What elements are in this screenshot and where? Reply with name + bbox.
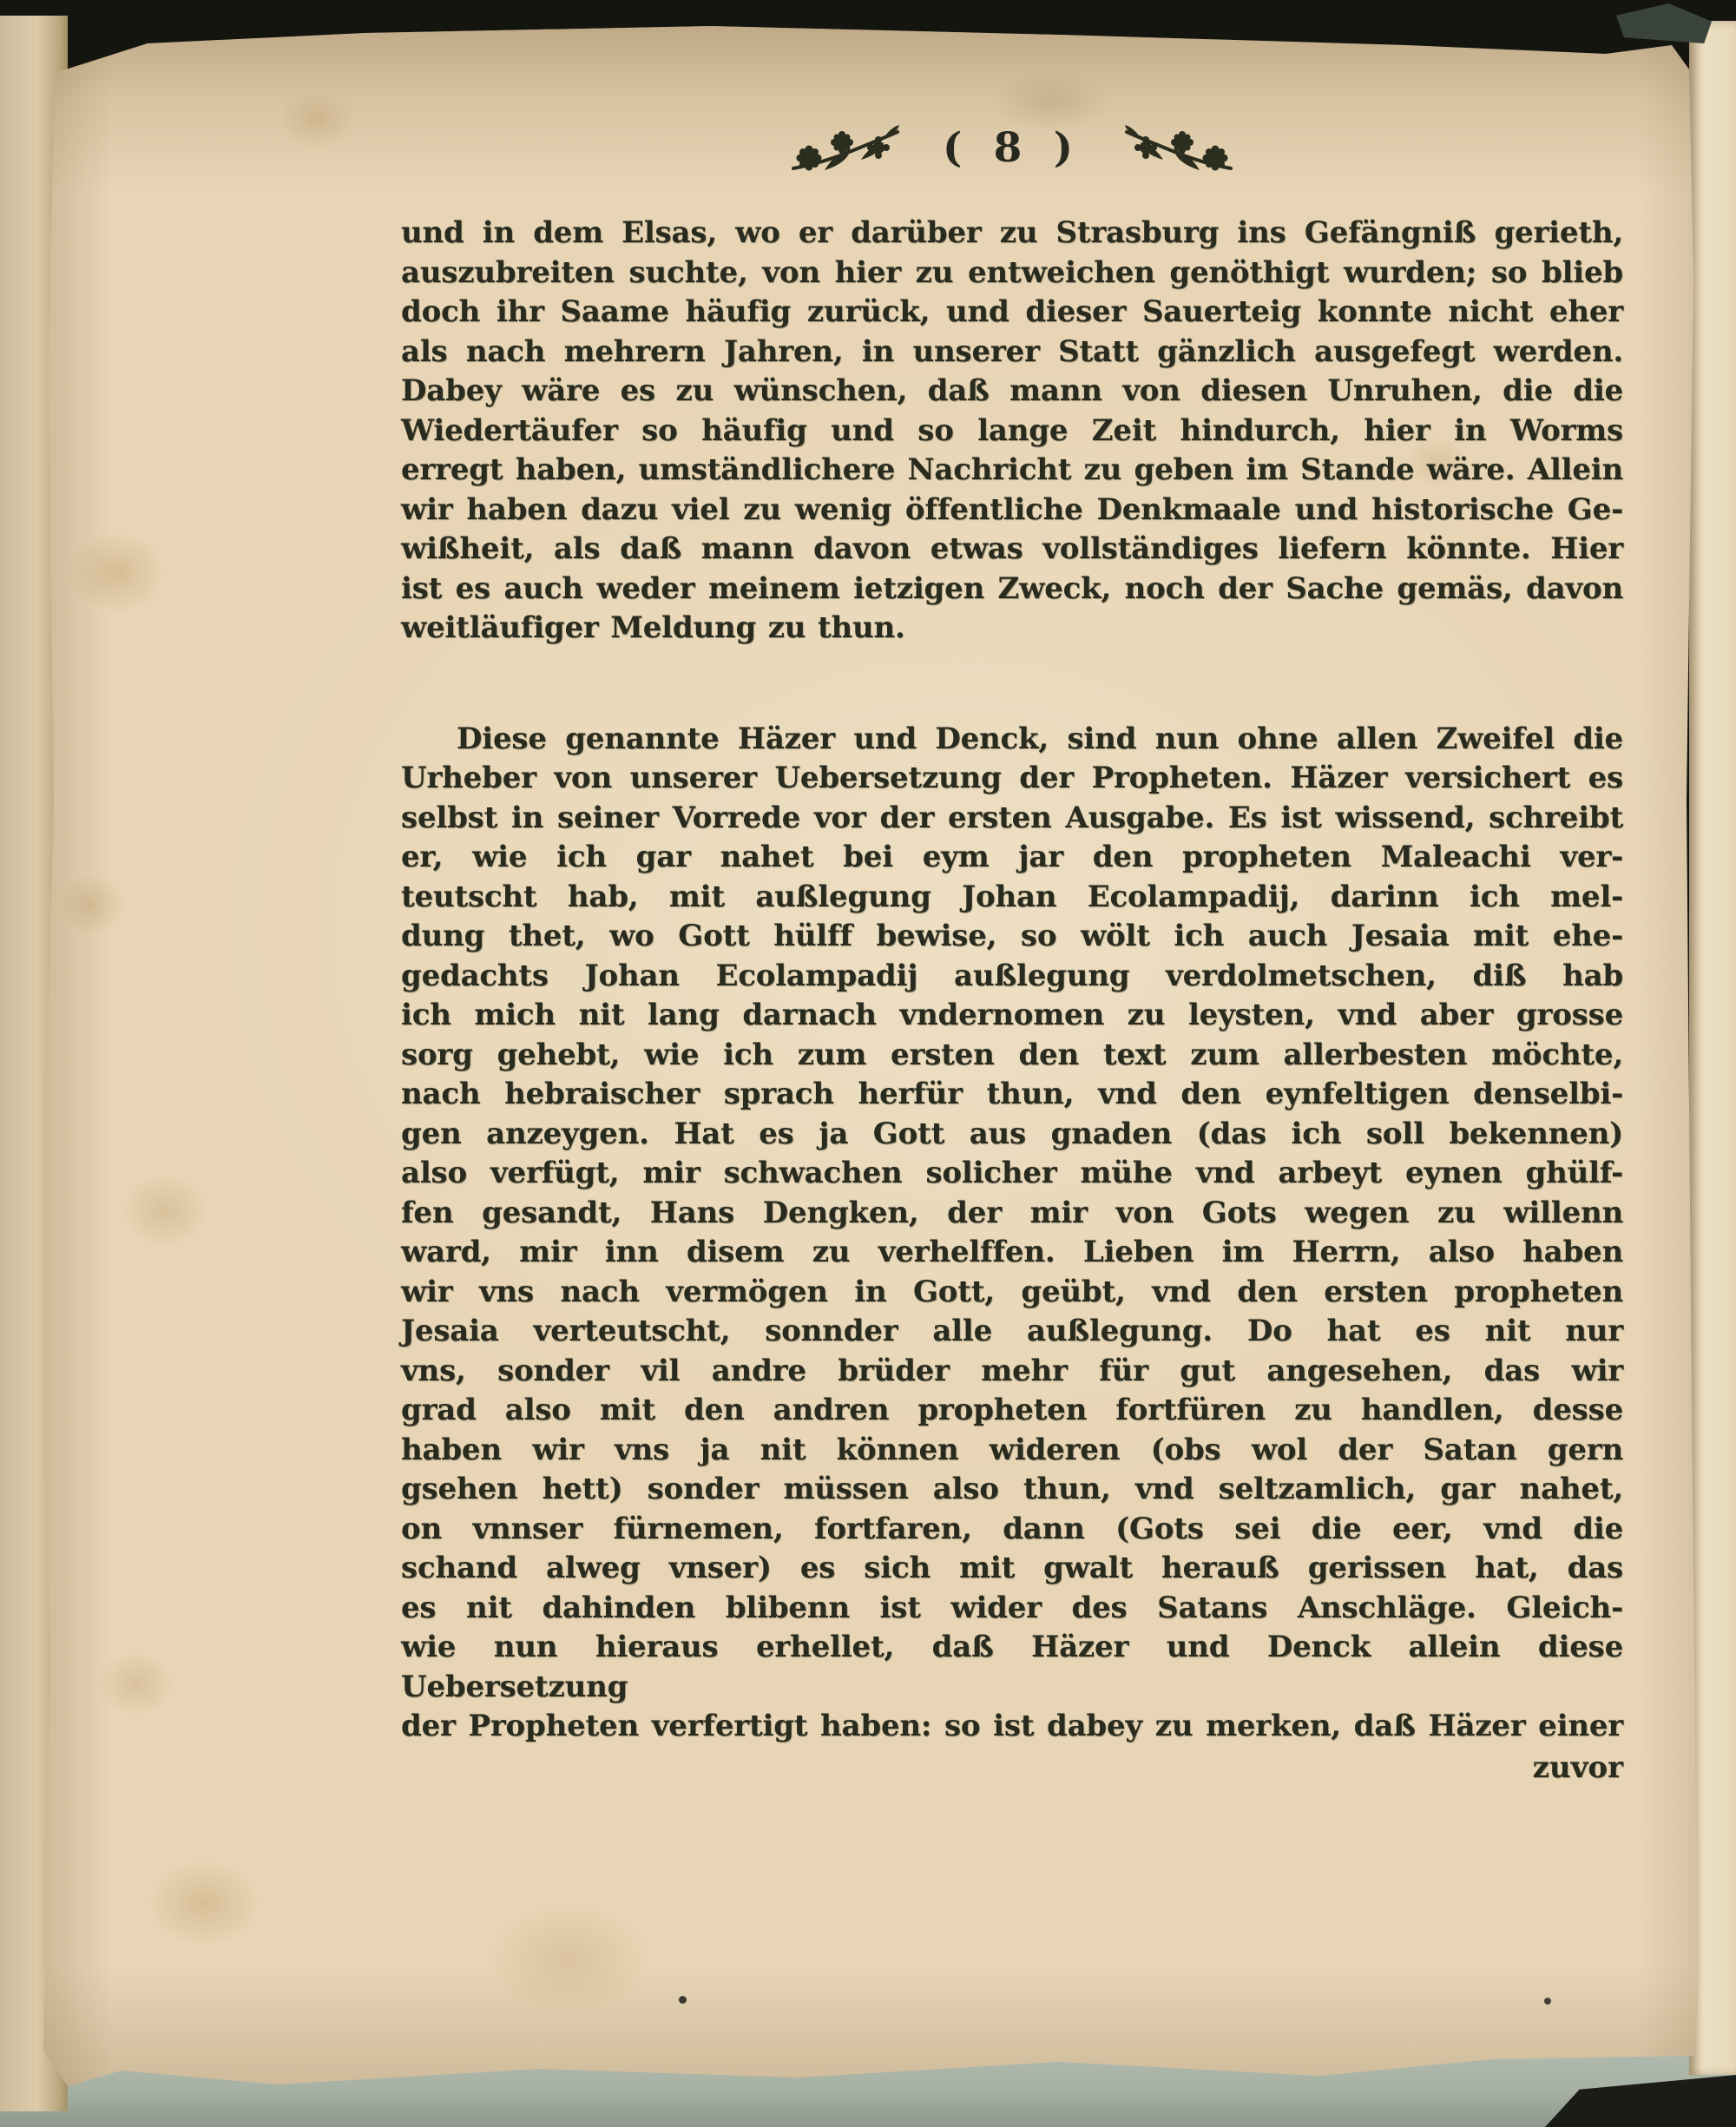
text-line: wißheit, als daß mann davon etwas vollst…	[401, 530, 1623, 570]
paragraph: Diese genannte Häzer und Denck, sind nun…	[401, 720, 1623, 1747]
text-line: haben wir vns ja nit können wideren (obs…	[401, 1431, 1623, 1471]
text-line: wir vns nach vermögen in Gott, geübt, vn…	[401, 1273, 1623, 1313]
running-head: ( 8 )	[401, 111, 1623, 188]
text-line: on vnnser fürnemen, fortfaren, dann (Got…	[401, 1510, 1623, 1550]
binding-shadow-notch	[1616, 3, 1712, 43]
text-line: nach hebraischer sprach herfür thun, vnd…	[401, 1075, 1623, 1115]
page-number: ( 8 )	[943, 124, 1082, 172]
text-line: Urheber von unserer Uebersetzung der Pro…	[401, 759, 1623, 799]
text-line: ward, mir inn disem zu verhelffen. Liebe…	[401, 1233, 1623, 1273]
paragraph: und in dem Elsas, wo er darüber zu Stras…	[401, 214, 1623, 649]
text-line: grad also mit den andren propheten fortf…	[401, 1391, 1623, 1431]
text-line: wie nun hieraus erhellet, daß Häzer und …	[401, 1628, 1623, 1707]
foxing-stain	[486, 1903, 651, 2016]
catchword: zuvor	[401, 1748, 1623, 1788]
adjacent-page-edge	[1689, 21, 1736, 2075]
text-line: gedachts Johan Ecolampadij außlegung ver…	[401, 957, 1623, 997]
text-line: dung thet, wo Gott hülff bewise, so wölt…	[401, 917, 1623, 957]
text-line: selbst in seiner Vorrede vor der ersten …	[401, 799, 1623, 839]
text-line: schand alweg vnser) es sich mit gwalt he…	[401, 1549, 1623, 1589]
text-line: doch ihr Saame häufig zurück, und dieser…	[401, 293, 1623, 333]
foxing-stain	[56, 874, 126, 935]
foxing-stain	[69, 531, 165, 614]
floral-ornament-icon	[1121, 122, 1236, 177]
foxing-stain	[100, 1651, 174, 1716]
text-line: er, wie ich gar nahet bei eym jar den pr…	[401, 838, 1623, 878]
text-line: der Propheten verfertigt haben: so ist d…	[401, 1707, 1623, 1747]
text-line: ist es auch weder meinem ietzigen Zweck,…	[401, 570, 1623, 609]
text-line: also verfügt, mir schwachen solicher müh…	[401, 1154, 1623, 1194]
text-block: ( 8 )	[401, 111, 1623, 1788]
text-line: wir haben dazu viel zu wenig öffentliche…	[401, 491, 1623, 530]
foxing-stain	[278, 89, 356, 149]
foxing-stain	[122, 1174, 208, 1248]
text-line: sorg gehebt, wie ich zum ersten den text…	[401, 1036, 1623, 1076]
scanned-book-page-photo: ( 8 )	[0, 0, 1736, 2127]
text-line: vns, sonder vil andre brüder mehr für gu…	[401, 1352, 1623, 1392]
ink-speck	[679, 1996, 687, 2004]
text-line: teutscht hab, mit außlegung Johan Ecolam…	[401, 878, 1623, 918]
text-line: als nach mehrern Jahren, in unserer Stat…	[401, 333, 1623, 372]
ink-speck	[1544, 1998, 1551, 2005]
text-line: fen gesandt, Hans Dengken, der mir von G…	[401, 1194, 1623, 1234]
text-line: ich mich nit lang darnach vndernomen zu …	[401, 996, 1623, 1036]
text-line: gen anzeygen. Hat es ja Gott aus gnaden …	[401, 1115, 1623, 1155]
text-line: und in dem Elsas, wo er darüber zu Stras…	[401, 214, 1623, 254]
text-line: Jesaia verteutscht, sonnder alle außlegu…	[401, 1312, 1623, 1352]
text-line: weitläufiger Meldung zu thun.	[401, 609, 1623, 649]
text-line: Dabey wäre es zu wünschen, daß mann von …	[401, 372, 1623, 412]
text-line: Diese genannte Häzer und Denck, sind nun…	[401, 720, 1623, 760]
floral-ornament-icon	[788, 122, 903, 177]
text-line: gsehen hett) sonder müssen also thun, vn…	[401, 1470, 1623, 1510]
text-line: es nit dahinden blibenn ist wider des Sa…	[401, 1589, 1623, 1629]
foxing-stain	[148, 1860, 260, 1946]
text-line: erregt haben, umständlichere Nachricht z…	[401, 451, 1623, 491]
text-line: Wiedertäufer so häufig und so lange Zeit…	[401, 412, 1623, 451]
text-line: auszubreiten suchte, von hier zu entweic…	[401, 254, 1623, 293]
